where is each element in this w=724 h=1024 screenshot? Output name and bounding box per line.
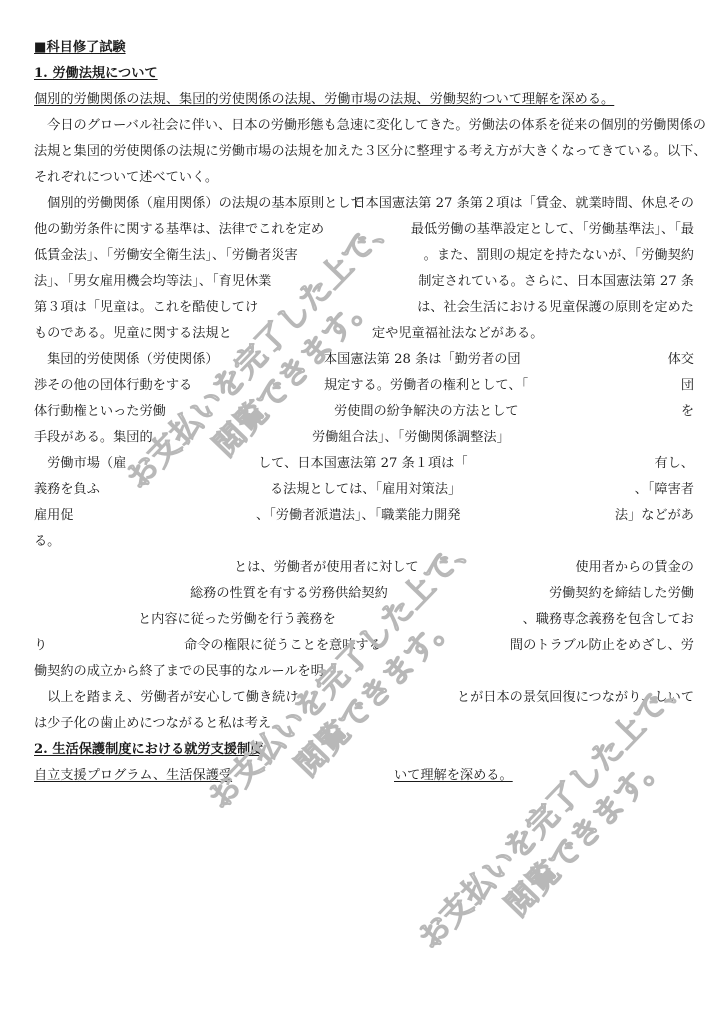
paragraph-line: 総務の性質を有する労務供給契約労働契約を締結した労働 <box>34 584 694 604</box>
section-1-subtitle: 個別的労働関係の法規、集団的労使関係の法規、労働市場の法規、労働契約ついて理解を… <box>34 90 694 110</box>
paragraph-line: 手段がある。集団的労働組合法」、「労働関係調整法」 <box>34 428 694 448</box>
section-1-title: 1. 労働法規について <box>34 64 694 84</box>
paragraph-line: る。 <box>34 532 694 552</box>
paragraph-line: 集団的労使関係（労使関係）本国憲法第 28 条は「勤労者の団体交 <box>34 350 694 370</box>
watermark: お支払いを完了した上で、閲覧できます。 <box>410 663 724 986</box>
paragraph-line: 個別的労働関係（雇用関係）の法規の基本原則として日本国憲法第 27 条第２項は「… <box>34 194 694 214</box>
paragraph-line: 渉その他の団体行動をする規定する。労働者の権利として、「団 <box>34 376 694 396</box>
paragraph-line: とは、労働者が使用者に対して使用者からの賃金の <box>34 558 694 578</box>
paragraph-line: 体行動権といった労働労使間の紛争解決の方法としてを <box>34 402 694 422</box>
paragraph-line: 法規と集団的労使関係の法規に労働市場の法規を加えた３区分に整理する考え方が大きく… <box>34 142 694 162</box>
paragraph-line: 今日のグローバル社会に伴い、日本の労働形態も急速に変化してきた。労働法の体系を従… <box>34 116 694 136</box>
paragraph-line: それぞれについて述べていく。 <box>34 168 694 188</box>
exam-heading: ■科目修了試験 <box>34 38 694 58</box>
paragraph-line: 雇用促、「労働者派遣法」、「職業能力開発法」などがあ <box>34 506 694 526</box>
